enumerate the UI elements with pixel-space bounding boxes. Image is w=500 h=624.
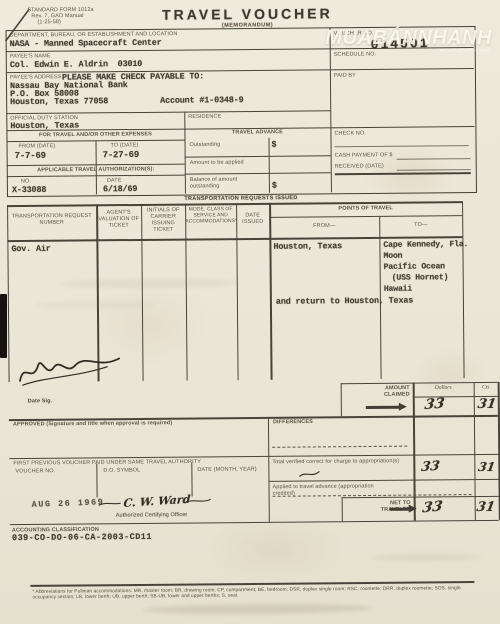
net-cents-value: 31 [475,500,496,515]
to-date-label: TO (DATE) [111,142,139,149]
to-column-label: TO— [379,221,462,228]
duty-station-value: Houston, Texas [10,120,79,131]
advance-outstanding-label: Outstanding [190,141,221,148]
net-to-traveler-label: NET TO TRAVELER [376,500,411,513]
dollars-header: Dollars [413,384,474,391]
schedule-no-label: SCHEDULE NO. [334,51,377,58]
rule [191,463,192,497]
rule [272,446,407,448]
rule [474,382,476,520]
rule [236,203,239,380]
col-date-issued-label: DATE ISSUED [236,212,269,225]
accounting-value: 039-CO-DO-06-CA-2003-CD11 [12,532,152,544]
watermark: MUABÁNNHANH [325,27,492,50]
auth-no-value: X-33088 [12,185,46,196]
mode-value: Gov. Air [11,244,50,255]
from-column-label: FROM— [269,222,379,229]
payee-name-label: PAYEE'S NAME [10,53,51,60]
check-squiggle [297,468,321,480]
claimed-cents-value: 31 [477,397,498,412]
faint-smudge [60,278,240,289]
rule [269,203,273,380]
paid-by-label: PAID BY [334,72,356,79]
col-mode-label: MODE, CLASS OF SERVICE AND ACCOMMODATION… [185,206,236,224]
account-number: Account #1-0348-9 [160,95,243,106]
auth-date-value: 6/18/69 [103,184,137,195]
advance-balance-label: Balance of amount outstanding [190,176,265,190]
dollar-sign: $ [271,140,276,151]
from-date-label: FROM (DATE) [19,143,56,150]
net-dollars-value: 33 [421,498,443,516]
rule [462,201,465,378]
verified-cents-value: 31 [477,460,496,474]
department-value: NASA - Manned Spacecraft Center [10,38,162,50]
rule [268,417,270,522]
travel-from-value: Houston, Texas [273,241,342,252]
to-date-value: 7-27-69 [103,150,140,162]
col-valuation-label: AGENT'S VALUATION OF TICKET [96,209,141,229]
travel-return-value: and return to Houston, Texas [276,296,413,308]
advance-applied-label: Amount to be applied [190,159,244,166]
rule [96,463,97,497]
payee-address-label: PAYEE'S ADDRESS [10,74,62,81]
rule [7,205,10,382]
auth-no-label: NO. [21,178,31,185]
cents-header: Cts [474,384,498,390]
payee-signature [11,341,135,392]
voucher-document: STANDARD FORM 1012a Rev. 7, GAO Manual (… [0,0,500,624]
footnote: * Abbreviations for Pullman accommodatio… [32,585,474,600]
scan-artifact-bar [0,294,7,358]
rule [341,383,342,416]
residence-label: RESIDENCE [188,113,221,120]
address-line: Houston, Texas 77058 [10,96,108,107]
watermark-subtext: MUABANNHANH.COM [441,48,490,53]
faint-smudge [143,603,373,615]
from-date-value: 7-7-69 [15,151,46,163]
previous-voucher-title: FIRST PREVIOUS VOUCHER PAID UNDER SAME T… [13,458,201,466]
verified-dollars-value: 33 [420,459,441,475]
certifying-officer-title: Authorized Certifying Officer [116,512,188,519]
received-date-label: RECEIVED (DATE) [335,163,384,170]
rule [413,383,416,521]
travel-advance-title: TRAVEL ADVANCE [184,128,330,136]
claimed-dollars-value: 33 [424,396,446,414]
verified-label: Total verified correct for charge to app… [272,458,410,466]
do-symbol-label: D.O. SYMBOL [103,467,140,474]
travel-to-line: Moon [383,252,402,262]
rule [342,497,343,521]
travel-to-line: Hawaii [384,285,412,295]
faint-smudge [35,301,155,309]
scanned-travel-voucher: STANDARD FORM 1012a Rev. 7, GAO Manual (… [0,0,500,624]
arrow-right-icon [390,508,410,511]
col-initials-label: INITIALS OF CARRIER ISSUING TICKET [141,207,185,233]
travel-to-line: Cape Kennedy, Fla. [383,240,468,251]
faint-smudge [372,554,482,561]
auth-date-label: DATE [107,177,122,184]
rule [185,204,188,381]
previous-voucher-no-label: VOUCHER NO. [15,468,55,475]
previous-date-label: DATE (MONTH, YEAR) [197,466,256,473]
col-request-label: TRANSPORTATION REQUEST NUMBER [7,212,96,226]
rule [10,520,499,525]
cash-payment-label: CASH PAYMENT OF $ [335,152,393,159]
travel-to-line: (USS Hornet) [392,273,449,284]
approved-label: APPROVED (Signature and title when appro… [13,420,172,428]
travel-to-line: Pacific Ocean [384,262,445,273]
dollar-sign: $ [272,181,277,192]
arrow-right-icon [366,406,400,409]
date-sig-label: Date Sig. [28,398,52,405]
payee-name-value: Col. Edwin E. Aldrin 03010 [10,59,142,71]
rule [9,454,498,459]
points-of-travel-label: POINTS OF TRAVEL [269,204,462,212]
amount-claimed-label: AMOUNT CLAIMED [378,385,410,398]
check-no-label: CHECK NO. [334,130,366,137]
differences-label: DIFFERENCES [273,418,313,425]
rule [269,215,462,218]
date-stamp: AUG 26 1969 [32,497,105,510]
